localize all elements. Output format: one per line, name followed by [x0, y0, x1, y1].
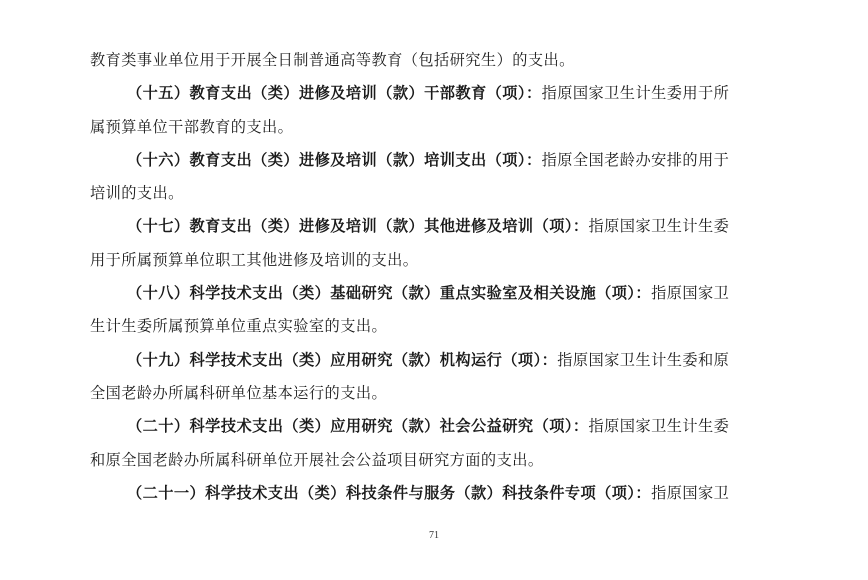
paragraph-heading-19: （十九）科学技术支出（类）应用研究（款）机构运行（项）：指原国家卫生计生委和原	[90, 344, 780, 377]
text-line-13: 和原全国老龄办所属科研单位开展社会公益项目研究方面的支出。	[90, 444, 780, 477]
text-line-1: 教育类事业单位用于开展全日制普通高等教育（包括研究生）的支出。	[90, 44, 780, 77]
item-description: 指原国家卫生计生委	[589, 417, 730, 435]
item-description: 指原国家卫生计生委	[589, 217, 730, 235]
document-page: 教育类事业单位用于开展全日制普通高等教育（包括研究生）的支出。 （十五）教育支出…	[90, 44, 780, 510]
body-text: 属预算单位干部教育的支出。	[90, 118, 293, 136]
body-text: 用于所属预算单位职工其他进修及培训的支出。	[90, 251, 418, 269]
text-line-5: 培训的支出。	[90, 177, 780, 210]
item-description: 指原国家卫生计生委用于所	[542, 84, 730, 102]
item-description: 指原国家卫	[651, 484, 729, 502]
body-text: 生计生委所属预算单位重点实验室的支出。	[90, 317, 387, 335]
paragraph-heading-16: （十六）教育支出（类）进修及培训（款）培训支出（项）：指原全国老龄办安排的用于	[90, 144, 780, 177]
paragraph-heading-20: （二十）科学技术支出（类）应用研究（款）社会公益研究（项）：指原国家卫生计生委	[90, 410, 780, 443]
page-number: 71	[0, 530, 868, 541]
paragraph-heading-18: （十八）科学技术支出（类）基础研究（款）重点实验室及相关设施（项）：指原国家卫	[90, 277, 780, 310]
body-text: 教育类事业单位用于开展全日制普通高等教育（包括研究生）的支出。	[90, 51, 575, 69]
item-description: 指原国家卫生计生委和原	[557, 351, 729, 369]
item-title: （十九）科学技术支出（类）应用研究（款）机构运行（项）：	[127, 351, 557, 369]
paragraph-heading-17: （十七）教育支出（类）进修及培训（款）其他进修及培训（项）：指原国家卫生计生委	[90, 210, 780, 243]
text-line-9: 生计生委所属预算单位重点实验室的支出。	[90, 310, 780, 343]
text-line-11: 全国老龄办所属科研单位基本运行的支出。	[90, 377, 780, 410]
item-title: （十七）教育支出（类）进修及培训（款）其他进修及培训（项）：	[127, 217, 589, 235]
body-text: 和原全国老龄办所属科研单位开展社会公益项目研究方面的支出。	[90, 451, 544, 469]
paragraph-heading-21: （二十一）科学技术支出（类）科技条件与服务（款）科技条件专项（项）：指原国家卫	[90, 477, 780, 510]
item-title: （十五）教育支出（类）进修及培训（款）干部教育（项）：	[127, 84, 542, 102]
text-line-7: 用于所属预算单位职工其他进修及培训的支出。	[90, 244, 780, 277]
item-description: 指原全国老龄办安排的用于	[542, 151, 730, 169]
item-title: （十六）教育支出（类）进修及培训（款）培训支出（项）：	[127, 151, 542, 169]
body-text: 培训的支出。	[90, 184, 184, 202]
item-title: （二十）科学技术支出（类）应用研究（款）社会公益研究（项）：	[127, 417, 589, 435]
body-text: 全国老龄办所属科研单位基本运行的支出。	[90, 384, 387, 402]
item-title: （十八）科学技术支出（类）基础研究（款）重点实验室及相关设施（项）：	[127, 284, 651, 302]
text-line-3: 属预算单位干部教育的支出。	[90, 111, 780, 144]
item-title: （二十一）科学技术支出（类）科技条件与服务（款）科技条件专项（项）：	[127, 484, 651, 502]
paragraph-heading-15: （十五）教育支出（类）进修及培训（款）干部教育（项）：指原国家卫生计生委用于所	[90, 77, 780, 110]
item-description: 指原国家卫	[651, 284, 729, 302]
